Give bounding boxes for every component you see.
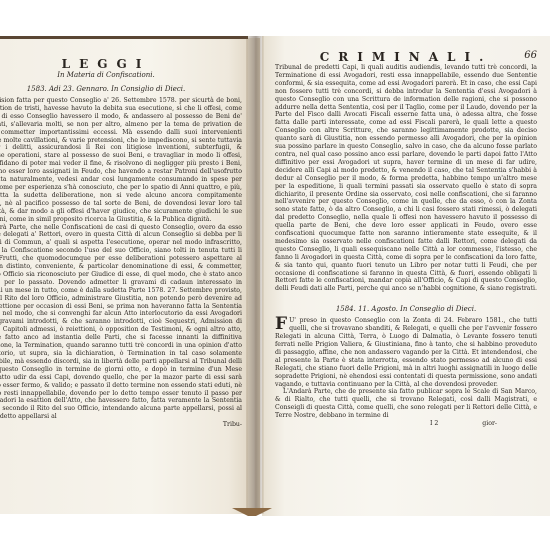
dateline: 1584. 11. Agosto. In Conseglio di Dieci.: [275, 305, 537, 313]
body-text: E la provision fatta per questo Consegli…: [0, 97, 242, 421]
left-page: LEGGI In Materia di Confiscationi. 1583.…: [0, 36, 248, 514]
page-header: LEGGI: [0, 57, 242, 71]
body-text: Tribunal de predetti Capi, li quali audi…: [275, 64, 537, 293]
body-text-2: F U' preso in questo Conseglio con la Zo…: [275, 317, 537, 420]
catchword: Tribu-: [0, 421, 242, 428]
open-book: LEGGI In Materia di Confiscationi. 1583.…: [0, 0, 550, 550]
dateline: 1583. Adi 23. Gennaro. In Consiglio di D…: [0, 85, 242, 93]
paragraph: L'Andarà Parte, che nelle Confiscationi …: [0, 224, 242, 422]
paragraph: L'Andarà Parte, che de presente sia fatt…: [275, 388, 537, 420]
drop-cap: F: [275, 317, 287, 332]
right-page: CRIMINALI. 66 Tribunal de predetti Capi,…: [262, 36, 550, 516]
page-number: 66: [524, 50, 537, 61]
book-spine: [246, 36, 264, 514]
paragraph: Tribunal de predetti Capi, li quali audi…: [275, 64, 537, 293]
page-subheader: In Materia di Confiscationi.: [0, 71, 242, 79]
paragraph: U' preso in questo Conseglio con la Zont…: [275, 317, 537, 388]
right-page-content: CRIMINALI. 66 Tribunal de predetti Capi,…: [275, 50, 537, 427]
signature-text: I 2: [430, 420, 438, 427]
signature-mark: I 2 gior-: [275, 420, 537, 427]
catchword: gior-: [482, 420, 497, 427]
page-header: CRIMINALI.: [275, 50, 537, 64]
left-page-content: LEGGI In Materia di Confiscationi. 1583.…: [0, 57, 242, 428]
paragraph: E la provision fatta per questo Consegli…: [0, 97, 242, 224]
